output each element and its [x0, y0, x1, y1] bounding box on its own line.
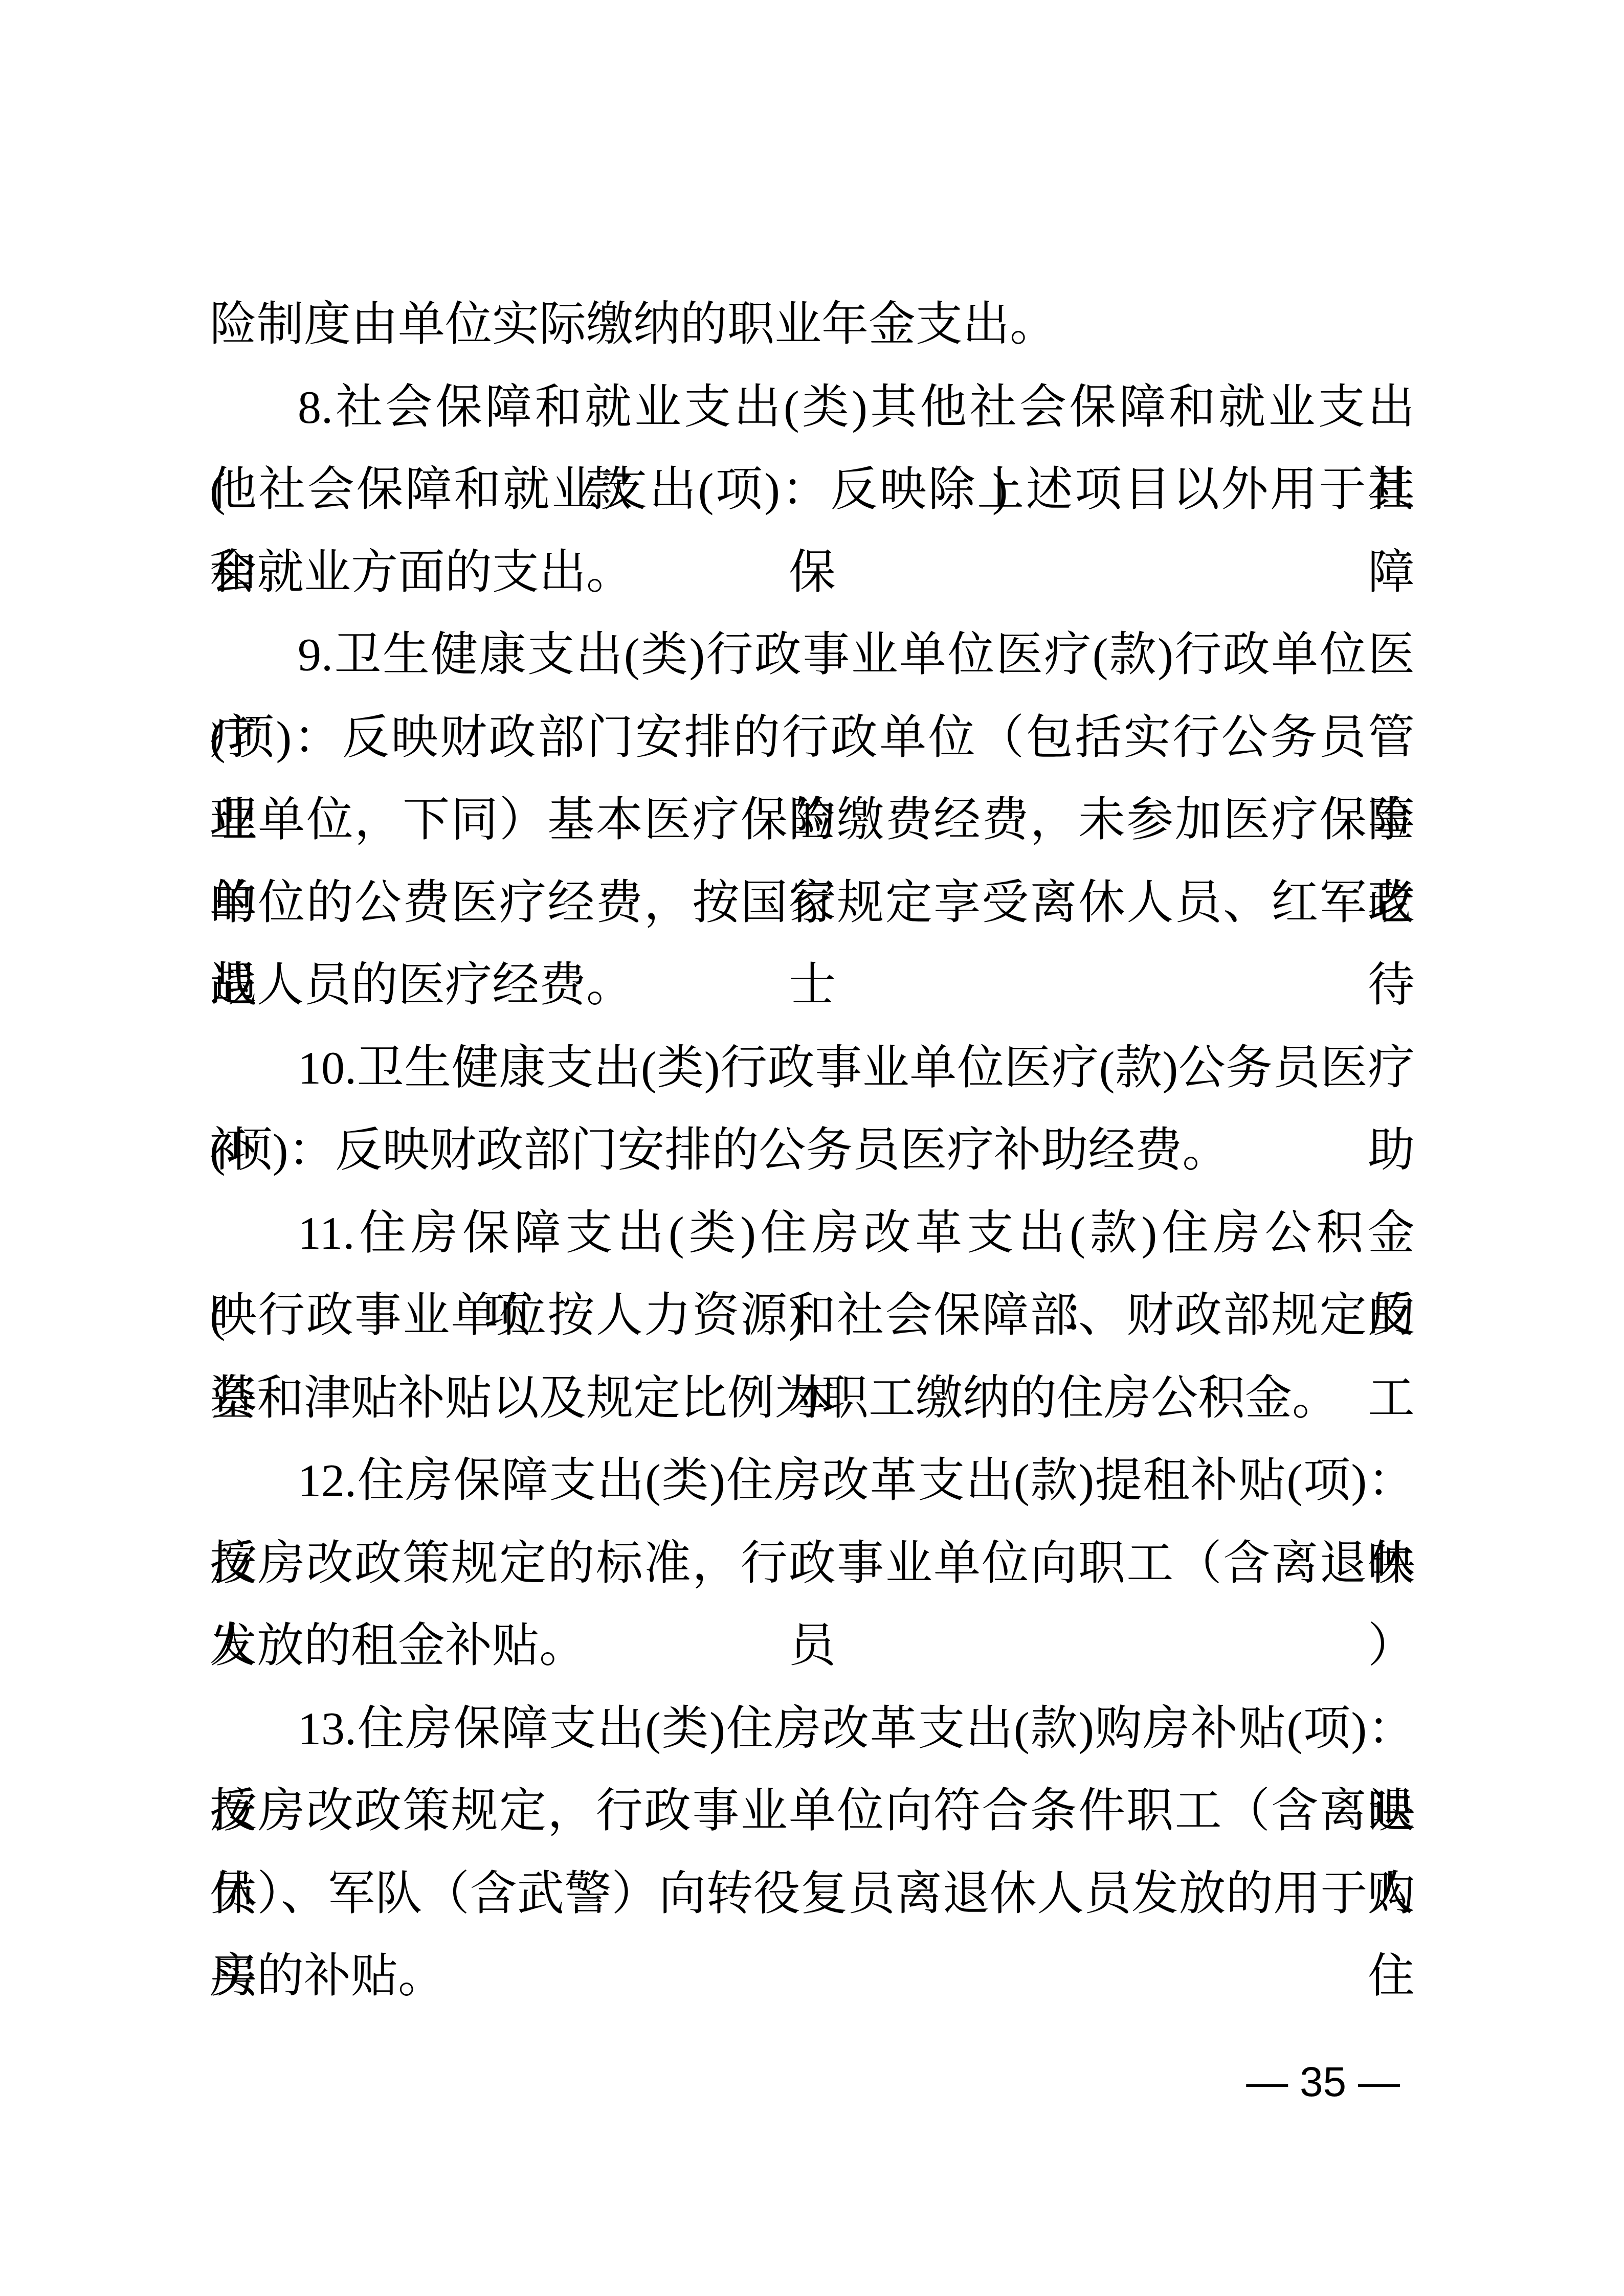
text-line: (项)：反映财政部门安排的行政单位（包括实行公务员管理的事: [210, 696, 1415, 779]
text-line: 8.社会保障和就业支出(类)其他社会保障和就业支出(款)其: [210, 366, 1415, 449]
text-line: 映行政事业单位按人力资源和社会保障部、财政部规定的基本工: [210, 1274, 1415, 1357]
text-line: 险制度由单位实际缴纳的职业年金支出。: [210, 283, 1415, 366]
text-line: 单位的公费医疗经费，按国家规定享受离休人员、红军老战士待: [210, 862, 1415, 944]
text-line: 业单位，下同）基本医疗保险缴费经费，未参加医疗保险的行政: [210, 779, 1415, 862]
text-line: 12.住房保障支出(类)住房改革支出(款)提租补贴(项)：反映: [210, 1439, 1415, 1522]
text-line: 按房改政策规定的标准，行政事业单位向职工（含离退休人员）: [210, 1522, 1415, 1605]
text-line: 9.卫生健康支出(类)行政事业单位医疗(款)行政单位医疗: [210, 614, 1415, 696]
page-number: — 35 —: [1246, 2052, 1400, 2113]
text-line: 11.住房保障支出(类)住房改革支出(款)住房公积金(项)：反: [210, 1192, 1415, 1275]
text-line: 员）、军队（含武警）向转役复员离退休人员发放的用于购买住: [210, 1853, 1415, 1935]
text-line: 10.卫生健康支出(类)行政事业单位医疗(款)公务员医疗补助: [210, 1027, 1415, 1110]
text-line: 按房改政策规定，行政事业单位向符合条件职工（含离退休人: [210, 1770, 1415, 1853]
text-line: 资和津贴补贴以及规定比例为职工缴纳的住房公积金。: [210, 1357, 1415, 1440]
document-body: 险制度由单位实际缴纳的职业年金支出。 8.社会保障和就业支出(类)其他社会保障和…: [210, 283, 1415, 2018]
page-number-text: — 35 —: [1246, 2059, 1400, 2105]
text-line: 13.住房保障支出(类)住房改革支出(款)购房补贴(项)：反映: [210, 1687, 1415, 1770]
text-line: 他社会保障和就业支出(项)：反映除上述项目以外用于社会保障: [210, 448, 1415, 531]
document-page: 险制度由单位实际缴纳的职业年金支出。 8.社会保障和就业支出(类)其他社会保障和…: [0, 0, 1624, 2296]
